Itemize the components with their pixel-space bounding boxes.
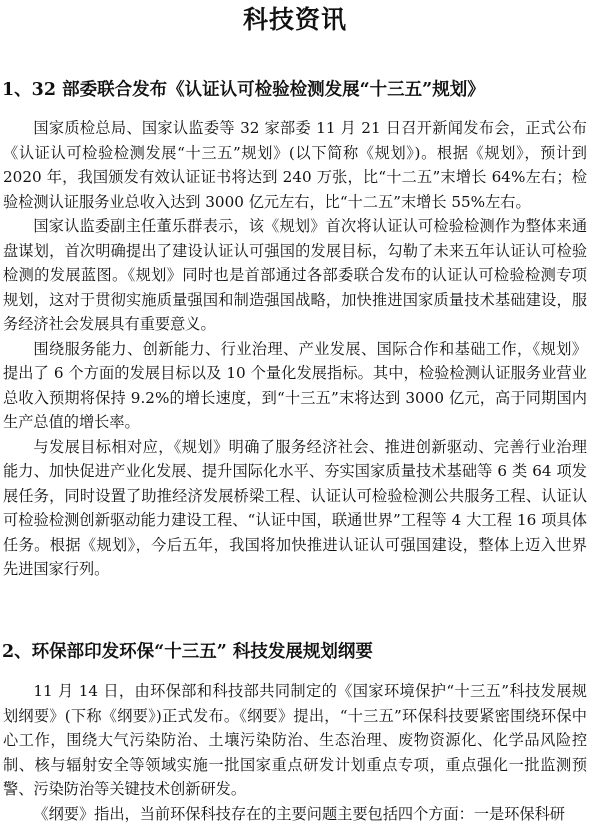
paragraph: 与发展目标相对应，《规划》明确了服务经济社会、推进创新驱动、完善行业治理能力、加… [3, 435, 587, 582]
paragraph: 11 月 14 日，由环保部和科技部共同制定的《国家环境保护“十三五”科技发展规… [3, 679, 587, 802]
section-body-2: 11 月 14 日，由环保部和科技部共同制定的《国家环境保护“十三五”科技发展规… [3, 679, 587, 826]
document-page: 科技资讯 1、32 部委联合发布《认证认可检验检测发展“十三五”规划》 国家质检… [0, 0, 590, 834]
section-heading-1: 1、32 部委联合发布《认证认可检验检测发展“十三五”规划》 [2, 78, 590, 102]
section-body-1: 国家质检总局、国家认监委等 32 家部委 11 月 21 日召开新闻发布会，正式… [3, 116, 587, 582]
paragraph: 国家质检总局、国家认监委等 32 家部委 11 月 21 日召开新闻发布会，正式… [3, 116, 587, 214]
paragraph: 《纲要》指出，当前环保科技存在的主要问题主要包括四个方面：一是环保科研 [3, 802, 587, 827]
section-heading-2: 2、环保部印发环保“十三五” 科技发展规划纲要 [2, 640, 590, 664]
page-title: 科技资讯 [0, 4, 590, 36]
paragraph: 国家认监委副主任董乐群表示，该《规划》首次将认证认可检验检测作为整体来通盘谋划，… [3, 214, 587, 337]
paragraph: 围绕服务能力、创新能力、行业治理、产业发展、国际合作和基础工作，《规划》提出了 … [3, 337, 587, 435]
